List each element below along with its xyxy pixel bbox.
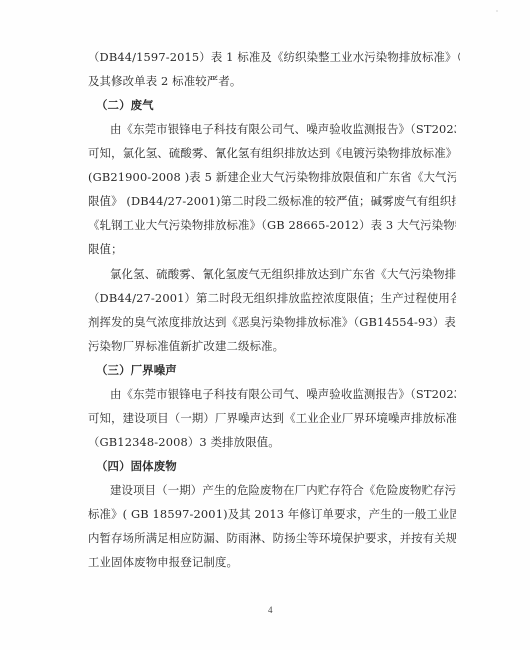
body-text-line: （DB44/27-2001）第二时段无组织排放监控浓度限值；生产过程使用各种化学… xyxy=(88,290,456,306)
body-text-line: 标准》( GB 18597-2001)及其 2013 年修订单要求，产生的一般工… xyxy=(88,506,456,522)
document-page: （DB44/1597-2015）表 1 标准及《纺织染整工业水污染物排放标准》（… xyxy=(0,0,530,650)
body-text-line: （GB12348-2008）3 类排放限值。 xyxy=(88,434,456,450)
body-text-line: 由《东莞市银锋电子科技有限公司气、噪声验收监测报告》（ST20232340） xyxy=(110,386,456,402)
body-text-line: （DB44/1597-2015）表 1 标准及《纺织染整工业水污染物排放标准》（… xyxy=(88,49,460,65)
page-number: 4 xyxy=(268,605,273,615)
body-text-line: 内暂存场所满足相应防漏、防雨淋、防扬尘等环境保护要求，并按有关规定落实 xyxy=(88,530,456,546)
subsection-heading-waste-gas: （二）废气 xyxy=(96,97,464,113)
subsection-heading-noise: （三）厂界噪声 xyxy=(96,362,464,378)
body-text-line: 建设项目（一期）产生的危险废物在厂内贮存符合《危险废物贮存污染控制 xyxy=(110,482,456,498)
scan-speck xyxy=(496,10,498,12)
body-text-line: 可知，建设项目（一期）厂界噪声达到《工业企业厂界环境噪声排放标准》 xyxy=(88,410,456,426)
body-text-line: 限值》 (DB44/27-2001)第二时段二级标准的较严值；碱雾废气有组织排放… xyxy=(88,193,456,209)
body-text-line: 污染物厂界标准值新扩改建二级标准。 xyxy=(88,338,456,354)
subsection-heading-solid-waste: （四）固体废物 xyxy=(96,458,464,474)
body-text-line: 工业固体废物申报登记制度。 xyxy=(88,554,456,570)
body-text-line: 限值； xyxy=(88,241,456,257)
body-text-line: 及其修改单表 2 标准较严者。 xyxy=(88,73,456,89)
body-text-line: (GB21900-2008 )表 5 新建企业大气污染物排放限值和广东省《大气污… xyxy=(88,169,456,185)
body-text-line: 氯化氢、硫酸雾、氰化氢废气无组织排放达到广东省《大气污染物排放限值》 xyxy=(110,266,456,282)
body-text-line: 剂挥发的臭气浓度排放达到《恶臭污染物排放标准》（GB14554-93）表 1 恶… xyxy=(88,314,456,330)
body-text-line: 《轧钢工业大气污染物排放标准》（GB 28665-2012）表 3 大气污染物特… xyxy=(88,217,456,233)
body-text-line: 可知，氯化氢、硫酸雾、氰化氢有组织排放达到《电镀污染物排放标准》 xyxy=(88,145,456,161)
body-text-line: 由《东莞市银锋电子科技有限公司气、噪声验收监测报告》（ST20232340） xyxy=(110,121,456,137)
